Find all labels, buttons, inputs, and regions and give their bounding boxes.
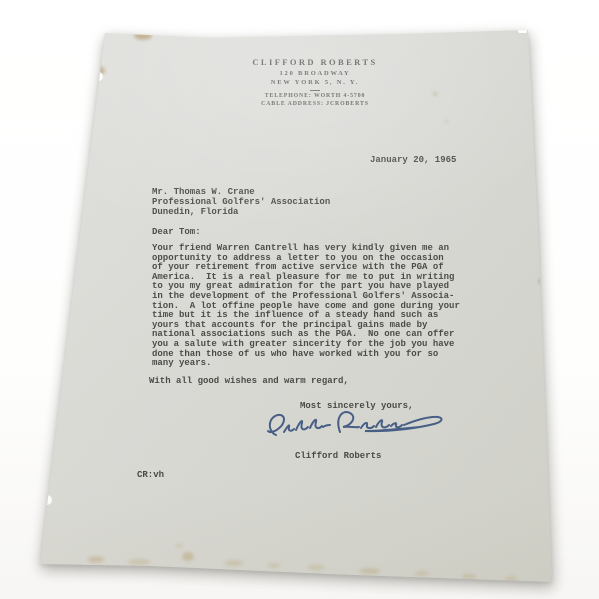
- letterhead-cable: CABLE ADDRESS: JCROBERTS: [160, 101, 470, 107]
- letterhead-name: CLIFFORD ROBERTS: [160, 57, 470, 67]
- reference-initials: CR:vh: [137, 470, 164, 480]
- stain: [225, 560, 243, 566]
- letterhead-telephone: TELEPHONE: WORTH 4-5700: [160, 93, 470, 99]
- stain: [88, 556, 104, 563]
- letterhead-divider: [310, 90, 320, 91]
- letterhead: CLIFFORD ROBERTS 120 BROADWAY NEW YORK 5…: [160, 57, 470, 107]
- stain: [94, 66, 105, 75]
- date-line: January 20, 1965: [370, 155, 456, 165]
- stain: [360, 568, 380, 574]
- stain: [175, 543, 183, 548]
- stain: [182, 552, 194, 561]
- stain: [134, 31, 152, 40]
- stain: [539, 279, 544, 284]
- signature: [260, 405, 446, 447]
- letter-body: Your friend Warren Cantrell has very kin…: [152, 244, 460, 369]
- closing-line: With all good wishes and warm regard,: [149, 376, 349, 386]
- stain: [505, 576, 517, 581]
- typed-name: Clifford Roberts: [295, 451, 381, 461]
- stain: [462, 574, 476, 579]
- salutation: Dear Tom:: [152, 227, 201, 237]
- letter-photo: CLIFFORD ROBERTS 120 BROADWAY NEW YORK 5…: [0, 0, 599, 599]
- edge-nick: [42, 495, 52, 505]
- stain: [415, 571, 429, 576]
- stain: [128, 559, 150, 565]
- stain: [445, 120, 448, 123]
- edge-nick: [518, 27, 527, 33]
- letterhead-street: 120 BROADWAY: [160, 70, 470, 77]
- recipient-address: Mr. Thomas W. CraneProfessional Golfers'…: [152, 187, 330, 218]
- letter-paper: CLIFFORD ROBERTS 120 BROADWAY NEW YORK 5…: [0, 0, 599, 599]
- paper-shadow: CLIFFORD ROBERTS 120 BROADWAY NEW YORK 5…: [0, 0, 599, 599]
- edge-nick: [94, 72, 103, 81]
- stain: [268, 563, 280, 568]
- stain: [308, 565, 324, 570]
- letterhead-city: NEW YORK 5, N. Y.: [160, 79, 470, 86]
